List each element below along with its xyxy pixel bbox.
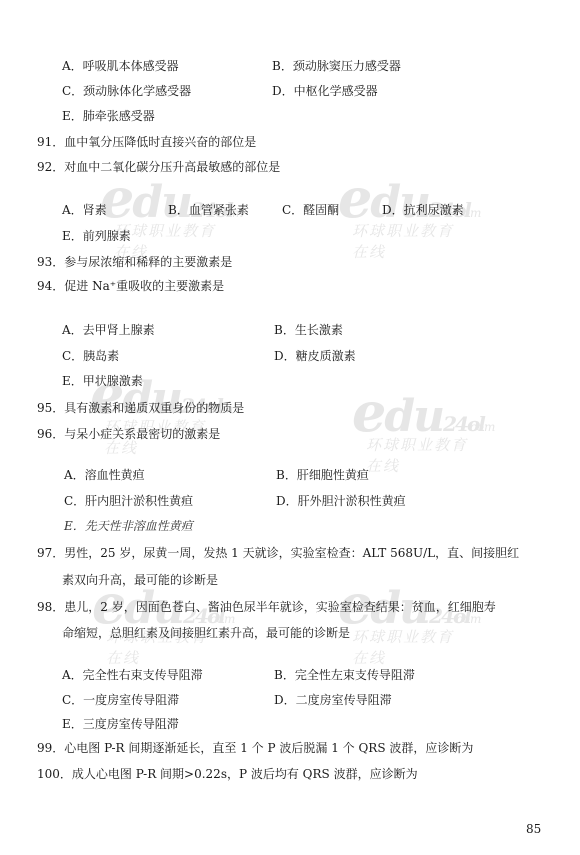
option-c: C．胰岛素 bbox=[62, 348, 119, 364]
page-number: 85 bbox=[526, 822, 541, 836]
option-a: A．肾素 bbox=[62, 202, 107, 218]
option-e: E．甲状腺激素 bbox=[62, 373, 143, 389]
option-b: B．生长激素 bbox=[274, 322, 343, 338]
option-c: C．醛固酮 bbox=[282, 202, 339, 218]
question-99: 99．心电图 P-R 间期逐渐延长，直至 1 个 P 波后脱漏 1 个 QRS … bbox=[37, 740, 473, 756]
question-92: 92．对血中二氧化碳分压升高最敏感的部位是 bbox=[37, 159, 280, 175]
watermark-logo: edu24ol com 环球职业教育在线 bbox=[352, 390, 484, 446]
option-d: D．抗利尿激素 bbox=[382, 202, 464, 218]
option-e: E．前列腺素 bbox=[62, 228, 131, 244]
option-e: E．先天性非溶血性黄疸 bbox=[64, 518, 193, 534]
option-a: A．呼吸肌本体感受器 bbox=[62, 58, 179, 74]
question-93: 93．参与尿浓缩和稀释的主要激素是 bbox=[37, 254, 232, 270]
option-a: A．去甲肾上腺素 bbox=[62, 322, 155, 338]
option-b: B．完全性左束支传导阻滞 bbox=[274, 667, 415, 683]
question-94: 94．促进 Na⁺重吸收的主要激素是 bbox=[37, 278, 224, 294]
question-98-line-2: 命缩短，总胆红素及间接胆红素升高，最可能的诊断是 bbox=[62, 625, 350, 641]
option-b: B．血管紧张素 bbox=[168, 202, 249, 218]
question-97-line-1: 97．男性，25 岁，尿黄一周，发热 1 天就诊，实验室检查：ALT 568U/… bbox=[37, 545, 519, 561]
option-b: B．肝细胞性黄疸 bbox=[276, 467, 369, 483]
option-d: D．中枢化学感受器 bbox=[272, 83, 378, 99]
question-100: 100．成人心电图 P-R 间期>0.22s，P 波后均有 QRS 波群，应诊断… bbox=[37, 766, 418, 782]
option-d: D．糖皮质激素 bbox=[274, 348, 356, 364]
option-e: E．三度房室传导阻滞 bbox=[62, 716, 179, 732]
question-98-line-1: 98．患儿，2 岁，因面色苍白、酱油色尿半年就诊，实验室检查结果：贫血，红细胞寿 bbox=[37, 599, 496, 615]
option-c: C．肝内胆汁淤积性黄疸 bbox=[64, 493, 193, 509]
option-c: C．一度房室传导阻滞 bbox=[62, 692, 179, 708]
question-97-line-2: 素双向升高，最可能的诊断是 bbox=[62, 572, 218, 588]
option-e: E．肺牵张感受器 bbox=[62, 108, 155, 124]
option-a: A．溶血性黄疸 bbox=[64, 467, 145, 483]
question-91: 91．血中氧分压降低时直接兴奋的部位是 bbox=[37, 134, 256, 150]
option-d: D．肝外胆汁淤积性黄疸 bbox=[276, 493, 406, 509]
option-a: A．完全性右束支传导阻滞 bbox=[62, 667, 203, 683]
option-c: C．颈动脉体化学感受器 bbox=[62, 83, 191, 99]
question-96: 96．与呆小症关系最密切的激素是 bbox=[37, 426, 220, 442]
question-95: 95．具有激素和递质双重身份的物质是 bbox=[37, 400, 244, 416]
option-b: B．颈动脉窦压力感受器 bbox=[272, 58, 401, 74]
option-d: D．二度房室传导阻滞 bbox=[274, 692, 392, 708]
